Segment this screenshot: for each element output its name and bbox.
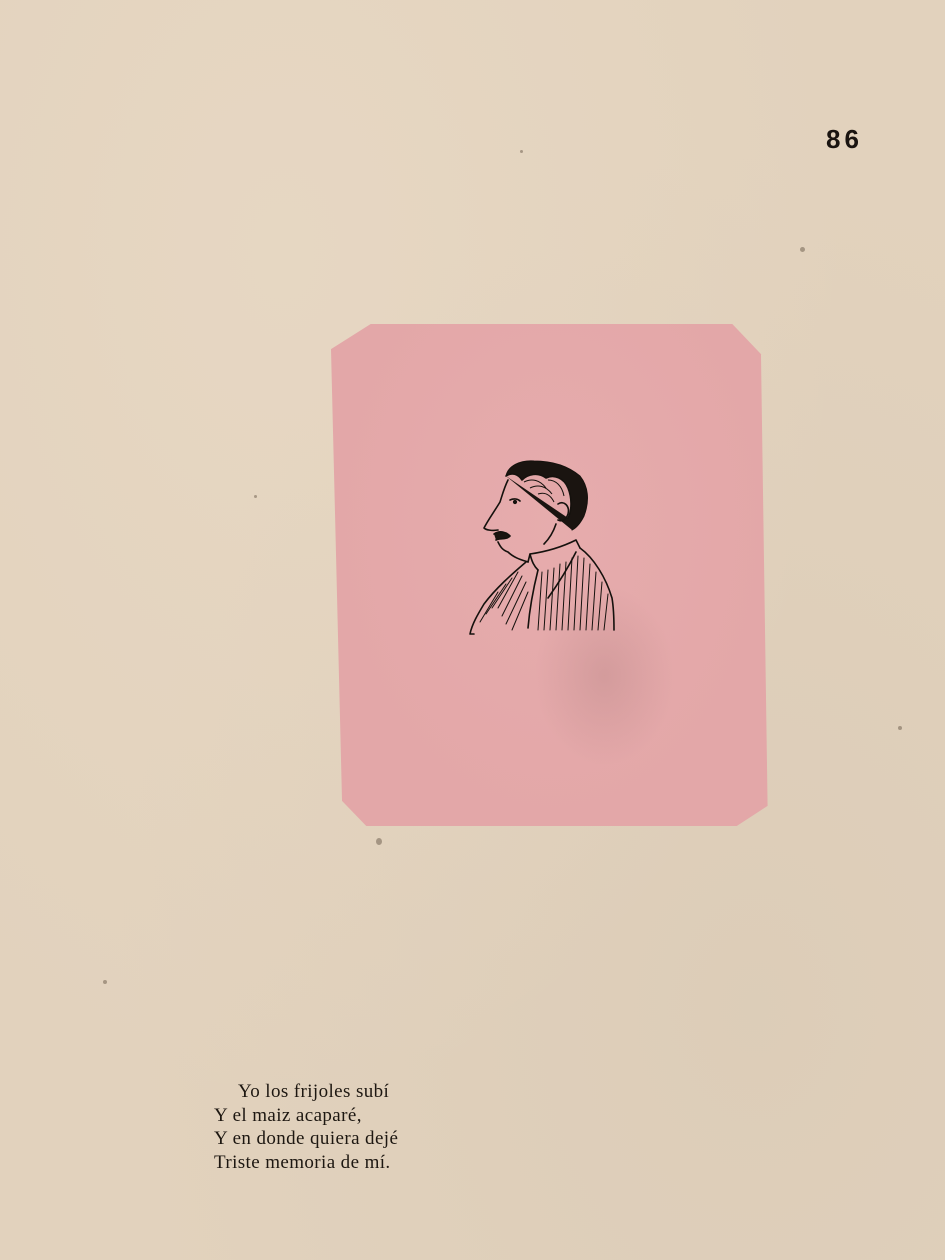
- portrait-illustration: [468, 458, 616, 640]
- poem-line-3: Y en donde quiera dejé: [214, 1127, 398, 1151]
- page-number: 86: [826, 124, 863, 155]
- paper-speck: [254, 495, 257, 498]
- paper-speck: [800, 247, 805, 252]
- poem-verse: Yo los frijoles subí Y el maiz acaparé, …: [214, 1080, 398, 1174]
- poem-line-1: Yo los frijoles subí: [214, 1080, 398, 1104]
- paper-speck: [520, 150, 523, 153]
- paper-speck: [898, 726, 902, 730]
- poem-line-4: Triste memoria de mí.: [214, 1151, 398, 1175]
- paper-speck: [376, 838, 382, 845]
- paper-speck: [103, 980, 107, 984]
- poem-line-2: Y el maiz acaparé,: [214, 1104, 398, 1128]
